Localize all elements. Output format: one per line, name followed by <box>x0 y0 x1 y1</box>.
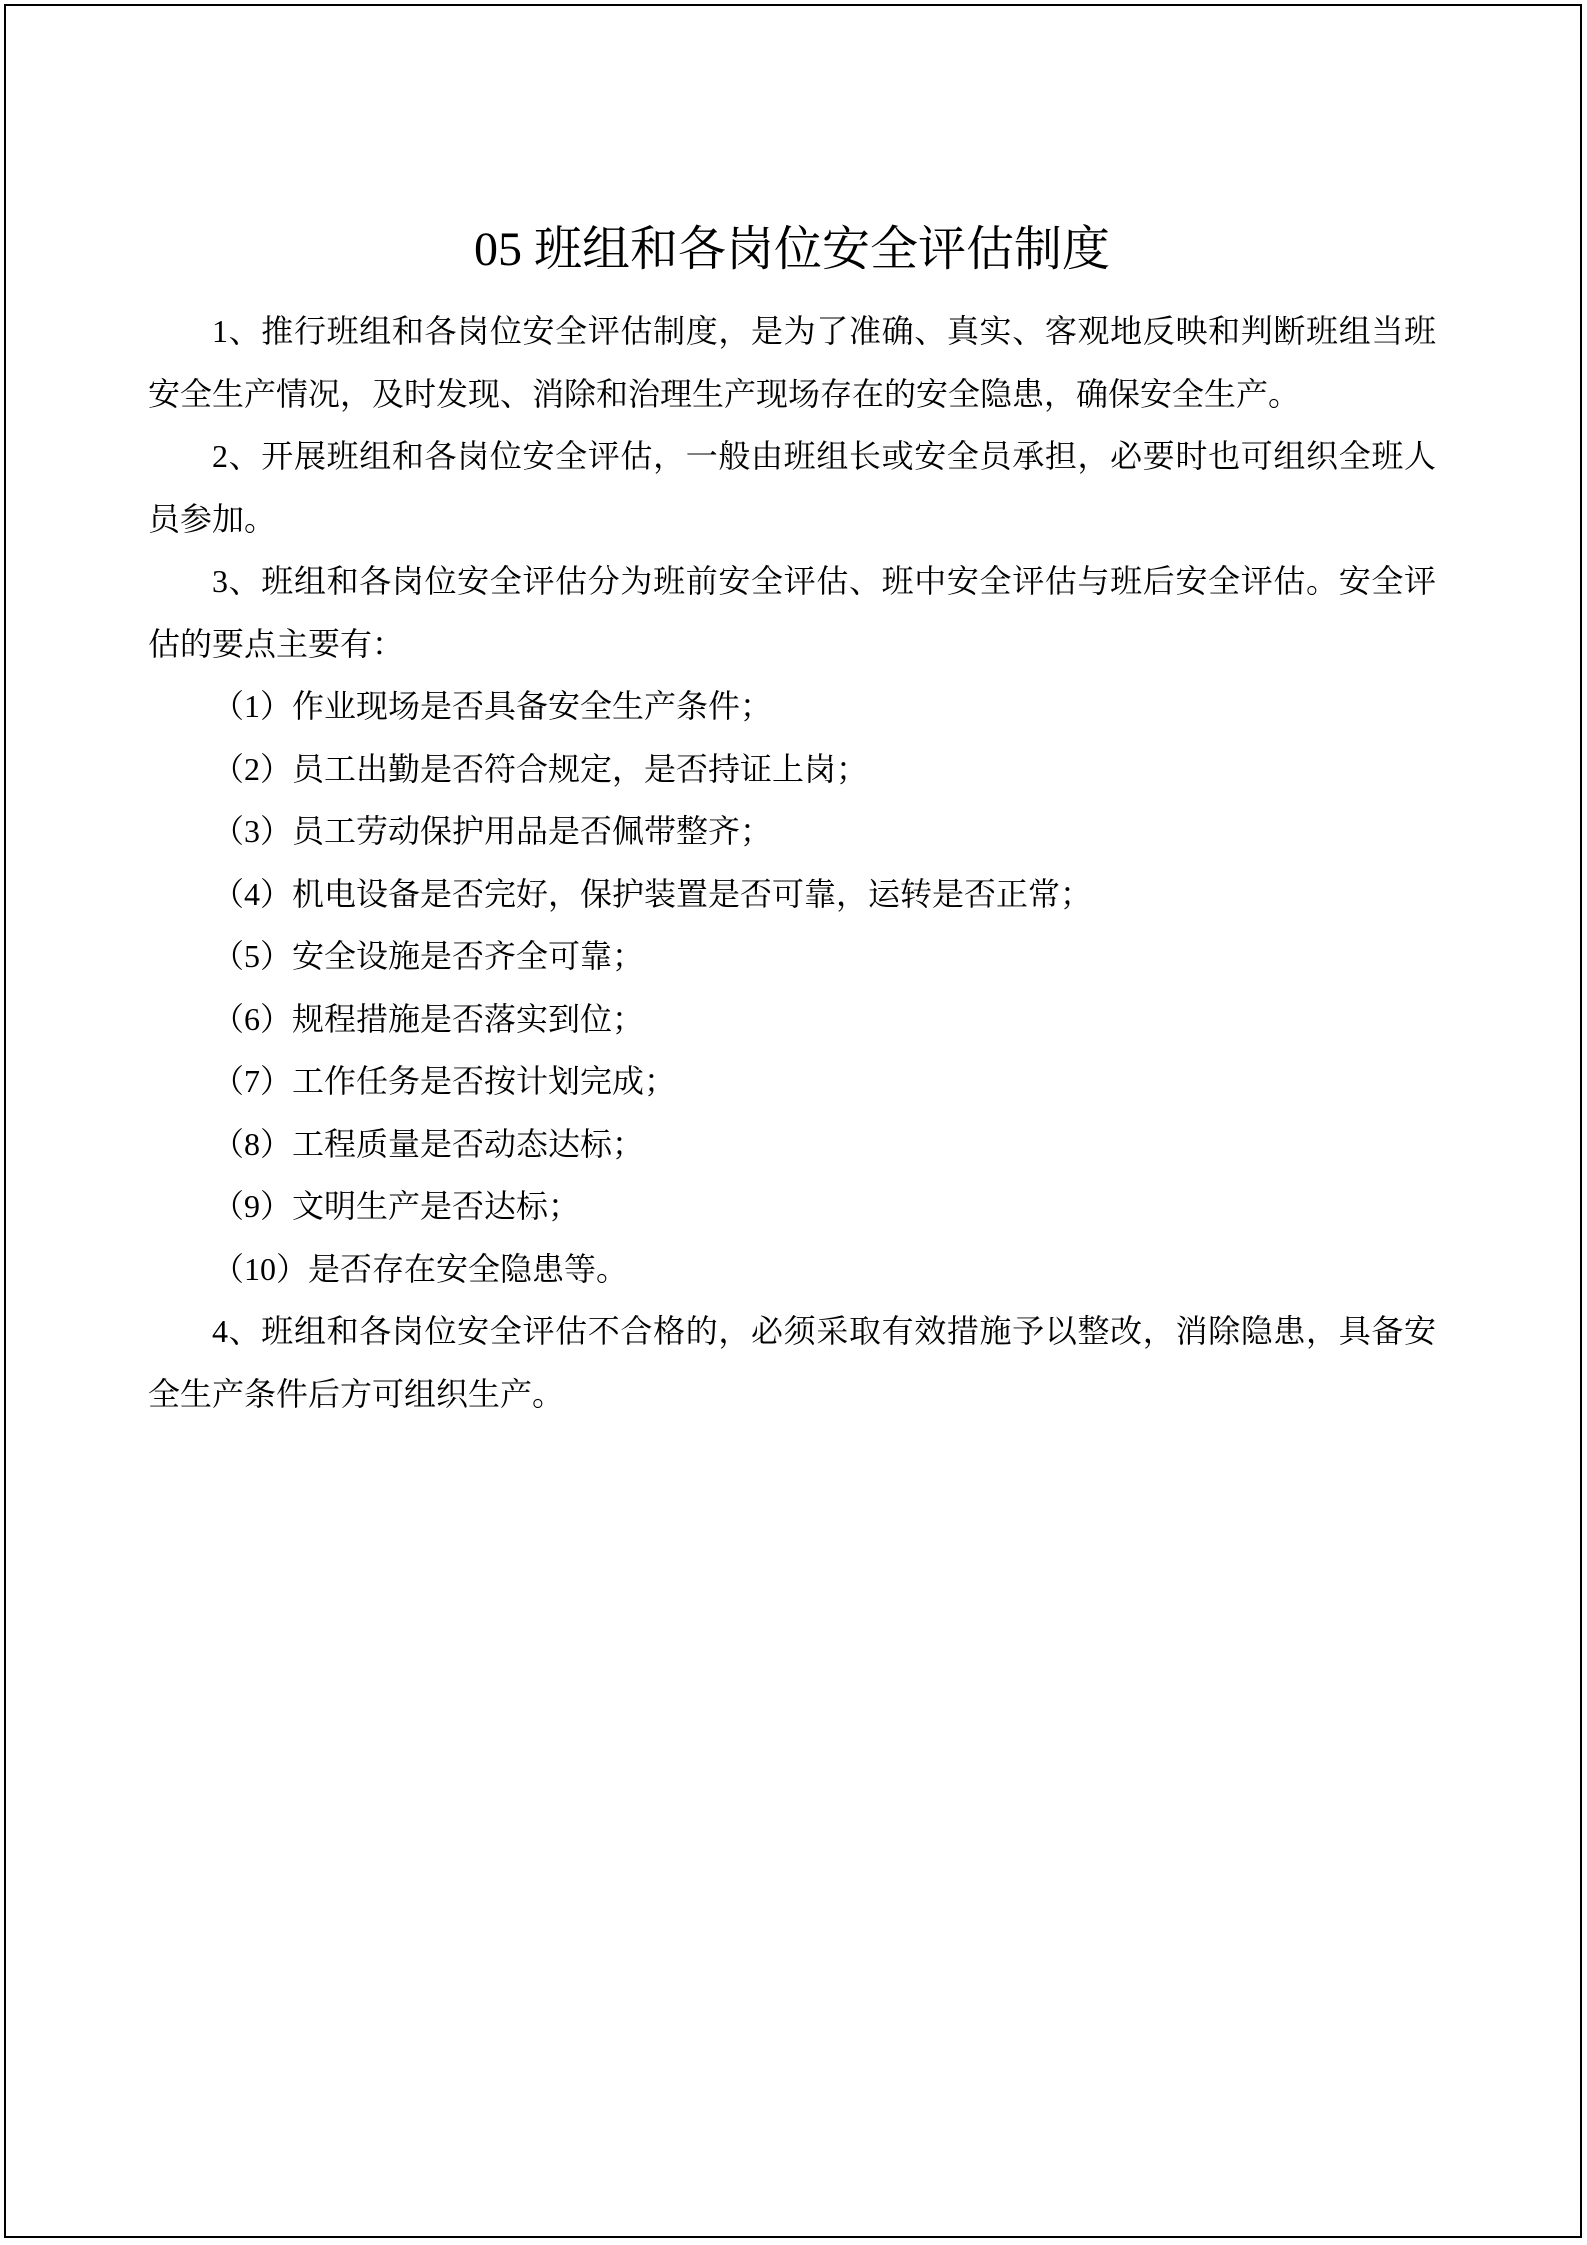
paragraph-3: 3、班组和各岗位安全评估分为班前安全评估、班中安全评估与班后安全评估。安全评估的… <box>148 550 1436 675</box>
paragraph-4: 4、班组和各岗位安全评估不合格的，必须采取有效措施予以整改，消除隐患，具备安全生… <box>148 1300 1436 1425</box>
paragraph-1: 1、推行班组和各岗位安全评估制度，是为了准确、真实、客观地反映和判断班组当班安全… <box>148 300 1436 425</box>
clause-item-9: （9）文明生产是否达标； <box>148 1175 1436 1238</box>
clause-item-3: （3）员工劳动保护用品是否佩带整齐； <box>148 800 1436 863</box>
clause-item-1: （1）作业现场是否具备安全生产条件； <box>148 675 1436 738</box>
clause-item-5: （5）安全设施是否齐全可靠； <box>148 925 1436 988</box>
clause-item-2: （2）员工出勤是否符合规定，是否持证上岗； <box>148 738 1436 801</box>
paragraph-2: 2、开展班组和各岗位安全评估，一般由班组长或安全员承担，必要时也可组织全班人员参… <box>148 425 1436 550</box>
clause-item-6: （6）规程措施是否落实到位； <box>148 988 1436 1051</box>
document-content: 05 班组和各岗位安全评估制度 1、推行班组和各岗位安全评估制度，是为了准确、真… <box>148 0 1436 1425</box>
document-page: { "document": { "title": "05 班组和各岗位安全评估制… <box>0 0 1587 2245</box>
document-title: 05 班组和各岗位安全评估制度 <box>148 224 1436 276</box>
clause-item-10: （10）是否存在安全隐患等。 <box>148 1238 1436 1301</box>
clause-item-7: （7）工作任务是否按计划完成； <box>148 1050 1436 1113</box>
clause-item-8: （8）工程质量是否动态达标； <box>148 1113 1436 1176</box>
clause-item-4: （4）机电设备是否完好，保护装置是否可靠，运转是否正常； <box>148 863 1436 926</box>
document-body: 1、推行班组和各岗位安全评估制度，是为了准确、真实、客观地反映和判断班组当班安全… <box>148 300 1436 1425</box>
